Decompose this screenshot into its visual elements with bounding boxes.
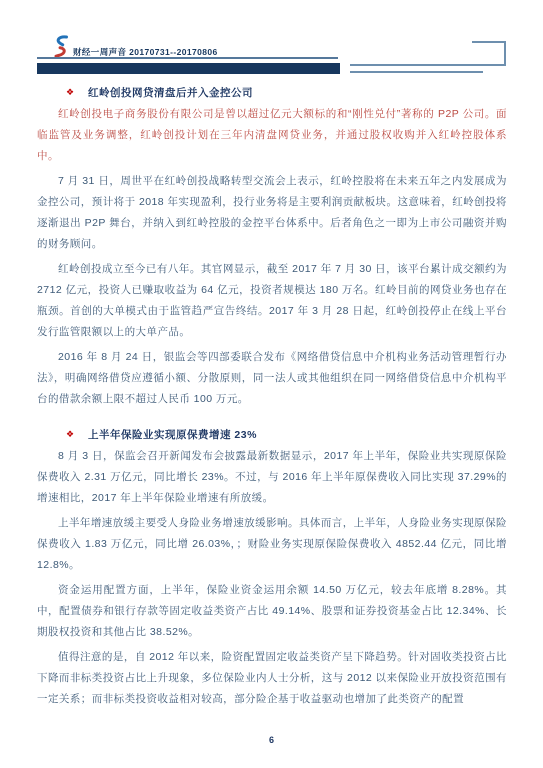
body-paragraph: 资金运用配置方面，上半年，保险业资金运用余额 14.50 万亿元，较去年底增 8… <box>37 580 507 643</box>
section-heading-text: 上半年保险业实现原保费增速 23% <box>88 429 257 441</box>
bracket-line-vertical <box>504 41 506 66</box>
bracket-line-top <box>472 41 506 43</box>
body-paragraph: 红岭创投成立至今已有八年。其官网显示，截至 2017 年 7 月 30 日，该平… <box>37 259 507 343</box>
section-heading-text: 红岭创投网贷清盘后并入金控公司 <box>88 87 253 99</box>
page-content: ❖红岭创投网贷清盘后并入金控公司 红岭创投电子商务股份有限公司是曾以超过亿元大额… <box>37 82 507 710</box>
body-paragraph: 7 月 31 日，周世平在红岭创投战略转型交流会上表示，红岭控股将在未来五年之内… <box>37 171 507 255</box>
bracket-line-middle <box>350 64 506 66</box>
body-paragraph: 8 月 3 日，保监会召开新闻发布会披露最新数据显示，2017 年上半年，保险业… <box>37 446 507 509</box>
bracket-line-bottom <box>350 71 483 73</box>
header-navy-bar <box>37 63 340 74</box>
section-heading: ❖上半年保险业实现原保费增速 23% <box>37 424 507 446</box>
page-number: 6 <box>0 735 543 745</box>
header-rule <box>37 57 338 59</box>
document-page: 财经一周声音 20170731--20170806 ❖红岭创投网贷清盘后并入金控… <box>0 0 543 768</box>
brand-s-swoosh-logo-icon <box>54 35 68 58</box>
body-paragraph: 值得注意的是，自 2012 年以来，险资配置固定收益类资产呈下降趋势。针对固收类… <box>37 647 507 710</box>
section-insurance: ❖上半年保险业实现原保费增速 23% 8 月 3 日，保监会召开新闻发布会披露最… <box>37 424 507 710</box>
body-paragraph: 红岭创投电子商务股份有限公司是曾以超过亿元大额标的和“刚性兑付”著称的 P2P … <box>37 104 507 167</box>
diamond-bullet-icon: ❖ <box>66 82 88 103</box>
body-paragraph: 上半年增速放缓主要受人身险业务增速放缓影响。具体而言，上半年，人身险业务实现原保… <box>37 513 507 576</box>
section-heading: ❖红岭创投网贷清盘后并入金控公司 <box>37 82 507 104</box>
diamond-bullet-icon: ❖ <box>66 424 88 445</box>
body-paragraph: 2016 年 8 月 24 日，银监会等四部委联合发布《网络借贷信息中介机构业务… <box>37 347 507 410</box>
section-hongling: ❖红岭创投网贷清盘后并入金控公司 红岭创投电子商务股份有限公司是曾以超过亿元大额… <box>37 82 507 410</box>
